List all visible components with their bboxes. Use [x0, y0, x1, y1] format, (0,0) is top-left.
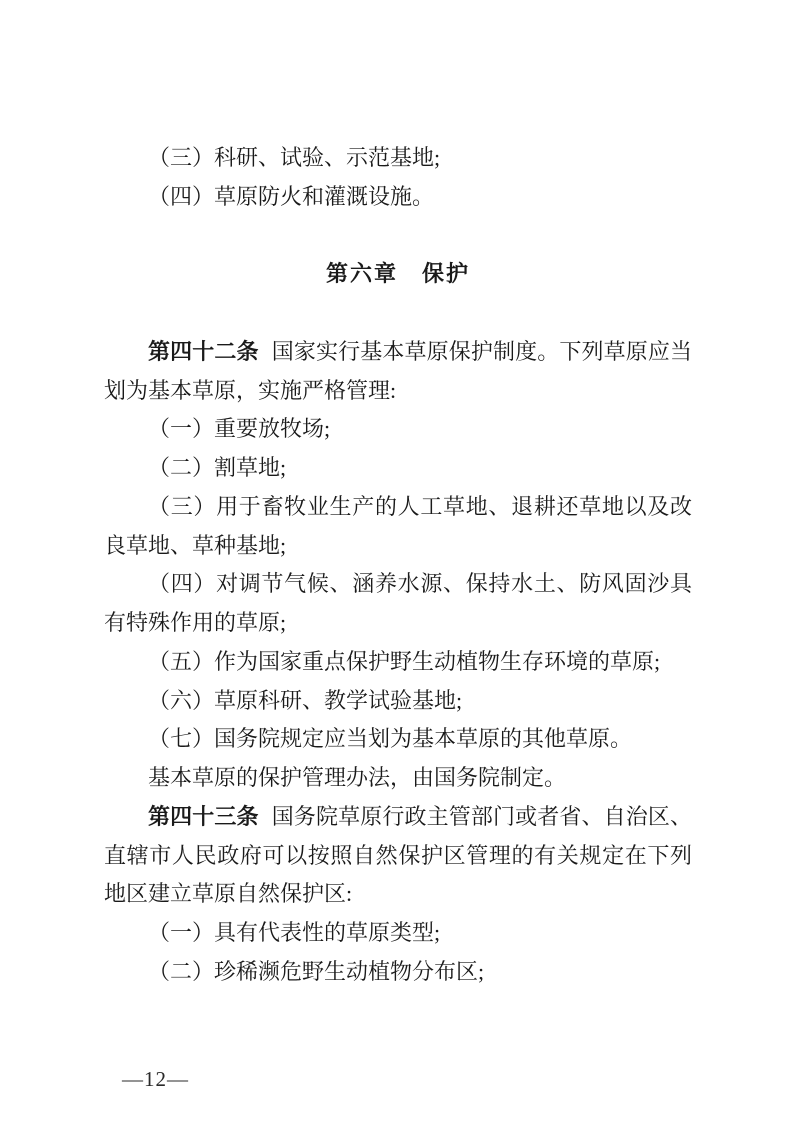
chapter-heading: 第六章 保护 [104, 255, 692, 294]
list-item: （二）珍稀濒危野生动植物分布区; [104, 953, 692, 992]
document-content: （三）科研、试验、示范基地; （四）草原防火和灌溉设施。 第六章 保护 第四十二… [104, 139, 692, 992]
article-42-number: 第四十二条 [148, 339, 259, 364]
article-43-number: 第四十三条 [148, 804, 259, 829]
document-page: （三）科研、试验、示范基地; （四）草原防火和灌溉设施。 第六章 保护 第四十二… [0, 0, 793, 1122]
article-42-paragraph: 第四十二条国家实行基本草原保护制度。下列草原应当划为基本草原，实施严格管理: [104, 333, 692, 411]
article-42-closing: 基本草原的保护管理办法，由国务院制定。 [104, 759, 692, 798]
list-item: （三）科研、试验、示范基地; [104, 139, 692, 178]
page-number: —12— [122, 1064, 189, 1094]
list-item: （三）用于畜牧业生产的人工草地、退耕还草地以及改良草地、草种基地; [104, 488, 692, 566]
list-item: （六）草原科研、教学试验基地; [104, 682, 692, 721]
list-item: （四）草原防火和灌溉设施。 [104, 178, 692, 217]
list-item: （一）重要放牧场; [104, 410, 692, 449]
list-item: （五）作为国家重点保护野生动植物生存环境的草原; [104, 643, 692, 682]
list-item: （七）国务院规定应当划为基本草原的其他草原。 [104, 720, 692, 759]
list-item: （一）具有代表性的草原类型; [104, 914, 692, 953]
article-43-paragraph: 第四十三条国务院草原行政主管部门或者省、自治区、直辖市人民政府可以按照自然保护区… [104, 798, 692, 914]
list-item: （四）对调节气候、涵养水源、保持水土、防风固沙具有特殊作用的草原; [104, 565, 692, 643]
list-item: （二）割草地; [104, 449, 692, 488]
